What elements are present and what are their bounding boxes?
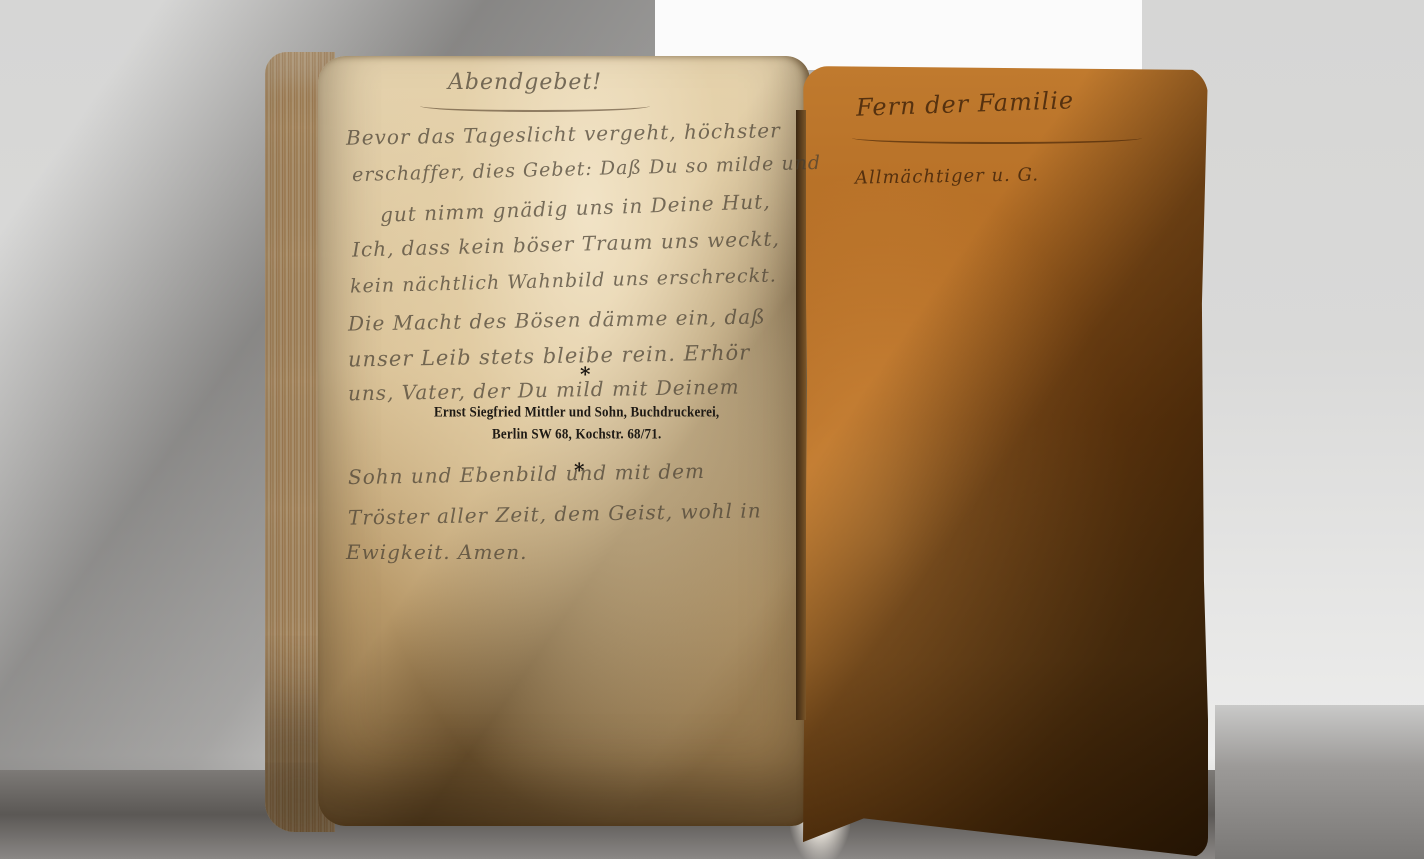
photo-scene: Abendgebet! Bevor das Tageslicht vergeht… bbox=[0, 0, 1424, 859]
table-surface-right bbox=[1215, 705, 1424, 859]
left-page bbox=[318, 56, 810, 826]
right-page bbox=[803, 66, 1208, 858]
book-spine-gap bbox=[796, 110, 806, 720]
